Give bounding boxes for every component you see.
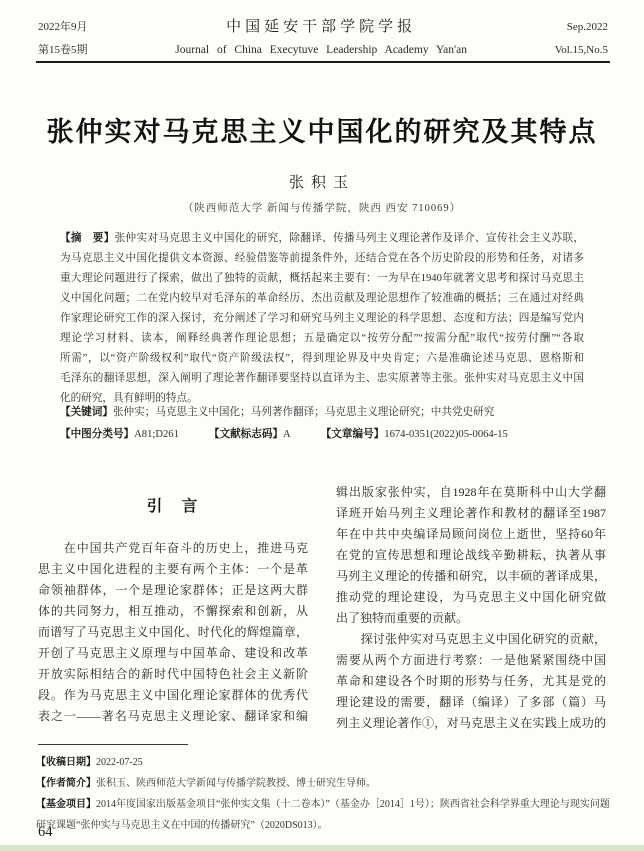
- footnote-label: 【作者简介】: [36, 778, 96, 789]
- keywords-row: 【关键词】张仲实；马克思主义中国化；马列著作翻译；马克思主义理论研究；中共党史研…: [60, 404, 584, 419]
- body-line: 年在中共中央编译局顾问岗位上逝世，坚持60年: [336, 524, 606, 545]
- classification-item: 【文章编号】1674-0351(2022)05-0064-15: [321, 426, 508, 441]
- footnote-label: 【收稿日期】: [36, 757, 96, 768]
- body-line: 命领袖群体，一个是理论家群体；正是这两大群: [38, 580, 308, 601]
- body-line: 译班开始马列主义理论著作和教材的翻译至1987: [336, 503, 606, 524]
- footnote-line: 【收稿日期】2022-07-25: [36, 752, 622, 773]
- body-line: 理论建设的需要，翻译（编译）了多部（篇）马: [336, 692, 606, 713]
- author-affiliation: （陕西师范大学 新闻与传播学院，陕西 西安 710069）: [0, 200, 644, 215]
- classification-label: 【文献标志码】: [209, 428, 283, 440]
- footnote-text: 张积玉、陕西师范大学新闻与传播学院教授、博士研究生导师。: [96, 778, 376, 789]
- right-column-paragraph-1: 辑出版家张仲实，自1928年在莫斯科中山大学翻译班开始马列主义理论著作和教材的翻…: [336, 482, 606, 629]
- body-line: 段。作为马克思主义中国化理论家群体的优秀代: [38, 685, 308, 706]
- body-line: 在中国共产党百年奋斗的历史上，推进马克: [38, 538, 308, 559]
- right-column: 辑出版家张仲实，自1928年在莫斯科中山大学翻译班开始马列主义理论著作和教材的翻…: [336, 482, 606, 734]
- classification-value: A: [283, 429, 291, 440]
- body-line: 探讨张仲实对马克思主义中国化研究的贡献，: [336, 629, 606, 650]
- keywords-label: 【关键词】: [60, 406, 113, 418]
- page-number: 64: [38, 824, 53, 841]
- journal-title-block: 中国延安干部学院学报 Journal of China Execytuve Le…: [88, 16, 555, 62]
- classification-label: 【中图分类号】: [60, 428, 134, 440]
- footnote-text: 研究课题“张仲实与马克思主义在中国的传播研究”（2020DS013）。: [36, 820, 328, 831]
- body-line: 辑出版家张仲实，自1928年在莫斯科中山大学翻: [336, 482, 606, 503]
- body-line: 在党的宣传思想和理论战线辛勤耕耘，执著从事: [336, 545, 606, 566]
- journal-title-cn: 中国延安干部学院学报: [88, 16, 555, 39]
- classification-item: 【中图分类号】A81;D261: [60, 426, 179, 441]
- author-name: 张积玉: [0, 171, 644, 192]
- body-line: 开放实际相结合的新时代中国特色社会主义新阶: [38, 664, 308, 685]
- footnote-line: 【作者简介】张积玉、陕西师范大学新闻与传播学院教授、博士研究生导师。: [36, 773, 622, 794]
- body-line: 需要从两个方面进行考察：一是他紧紧围绕中国: [336, 650, 606, 671]
- abstract-line: 毛泽东的翻译思想，深入阐明了理论著作翻译要坚持以直译为主、忠实原著等主张。张仲实…: [60, 369, 584, 389]
- issue-date-en: Sep.2022: [555, 16, 608, 39]
- body-line: 革命和建设各个时期的形势与任务，尤其是党的: [336, 671, 606, 692]
- body-line: 马列主义理论的传播和研究，以丰硕的著译成果，: [336, 566, 606, 587]
- abstract-line: 【摘 要】张仲实对马克思主义中国化的研究，除翻译、传播马列主义理论著作及译介、宣…: [60, 228, 584, 249]
- footnotes-section: 【收稿日期】2022-07-25【作者简介】张积玉、陕西师范大学新闻与传播学院教…: [36, 752, 622, 836]
- left-column-text: 在中国共产党百年奋斗的历史上，推进马克思主义中国化进程的主要有两个主体：一个是革…: [38, 538, 308, 727]
- abstract-line: 作家理论研究工作的深入探讨，充分阐述了学习和研究马列主义理论的科学思想、态度和方…: [60, 309, 584, 329]
- body-line: 表之一——著名马克思主义理论家、翻译家和编: [38, 706, 308, 727]
- classification-value: 1674-0351(2022)05-0064-15: [384, 429, 508, 440]
- right-column-paragraph-2: 探讨张仲实对马克思主义中国化研究的贡献，需要从两个方面进行考察：一是他紧紧围绕中…: [336, 629, 606, 734]
- footnote-text: 2014年度国家出版基金项目“张仲实文集（十二卷本）”（基金办［2014］1号）…: [96, 799, 610, 810]
- footnote-line: 研究课题“张仲实与马克思主义在中国的传播研究”（2020DS013）。: [36, 815, 622, 836]
- body-line: 体的共同努力，相互推动，不懈探索和创新，从: [38, 601, 308, 622]
- header-divider: [36, 61, 610, 63]
- journal-header: 2022年9月 第15卷5期 中国延安干部学院学报 Journal of Chi…: [38, 16, 608, 62]
- classification-label: 【文章编号】: [321, 428, 385, 440]
- volume-issue-en: Vol.15,No.5: [555, 39, 608, 62]
- issue-info-block-en: Sep.2022 Vol.15,No.5: [555, 16, 608, 62]
- footnote-line: 【基金项目】2014年度国家出版基金项目“张仲实文集（十二卷本）”（基金办［20…: [36, 794, 622, 815]
- keywords-text: 张仲实；马克思主义中国化；马列著作翻译；马克思主义理论研究；中共党史研究: [113, 407, 494, 418]
- issue-date-cn: 2022年9月: [38, 16, 88, 39]
- body-line: 推动党的理论建设，为马克思主义中国化研究做: [336, 587, 606, 608]
- left-column: 引 言 在中国共产党百年奋斗的历史上，推进马克思主义中国化进程的主要有两个主体：…: [38, 480, 308, 727]
- article-title: 张仲实对马克思主义中国化的研究及其特点: [0, 110, 644, 149]
- journal-page: 2022年9月 第15卷5期 中国延安干部学院学报 Journal of Chi…: [0, 0, 644, 851]
- issue-date-block: 2022年9月 第15卷5期: [38, 16, 88, 62]
- abstract-text: 张仲实对马克思主义中国化的研究，除翻译、传播马列主义理论著作及译介、宣传社会主义…: [115, 233, 584, 244]
- abstract-line: 理论学习材料、读本，阐释经典著作理论思想；五是确定以“按劳分配”“按需分配”取代…: [60, 329, 584, 349]
- footnote-text: 2022-07-25: [96, 757, 143, 768]
- body-line: 而谱写了马克思主义中国化、时代化的辉煌篇章，: [38, 622, 308, 643]
- abstract-line: 重大理论问题进行了探索，做出了独特的贡献，概括起来主要有：一为早在1940年就著…: [60, 269, 584, 289]
- journal-title-en: Journal of China Execytuve Leadership Ac…: [88, 39, 555, 62]
- body-line: 列主义理论著作①，对马克思主义在实践上成功的: [336, 713, 606, 734]
- abstract-line: 义中国化问题；二在党内较早对毛泽东的革命经历、杰出贡献及理论思想作了较准确的概括…: [60, 289, 584, 309]
- footnote-label: 【基金项目】: [36, 799, 96, 810]
- body-line: 思主义中国化进程的主要有两个主体：一个是革: [38, 559, 308, 580]
- abstract-label: 【摘 要】: [60, 232, 115, 244]
- abstract-line: 所需”，以“资产阶级权利”取代“资产阶级法权”，得到理论界及中央肯定；六是准确论…: [60, 349, 584, 369]
- footnote-divider: [38, 744, 188, 745]
- abstract-line: 为马克思主义中国化提供文本资源、经验借鉴等前提条件外，还结合党在各个历史阶段的形…: [60, 249, 584, 269]
- scan-edge-strip: [0, 845, 644, 851]
- volume-issue-cn: 第15卷5期: [38, 39, 88, 62]
- body-line: 出了独特而重要的贡献。: [336, 608, 606, 629]
- body-line: 开创了马克思主义原理与中国革命、建设和改革: [38, 643, 308, 664]
- article-body: 引 言 在中国共产党百年奋斗的历史上，推进马克思主义中国化进程的主要有两个主体：…: [38, 480, 606, 746]
- abstract-section: 【摘 要】张仲实对马克思主义中国化的研究，除翻译、传播马列主义理论著作及译介、宣…: [60, 228, 584, 409]
- classification-row: 【中图分类号】A81;D261【文献标志码】A【文章编号】1674-0351(2…: [60, 426, 590, 441]
- section-heading-introduction: 引 言: [38, 480, 308, 538]
- classification-item: 【文献标志码】A: [209, 426, 291, 441]
- classification-value: A81;D261: [134, 429, 179, 440]
